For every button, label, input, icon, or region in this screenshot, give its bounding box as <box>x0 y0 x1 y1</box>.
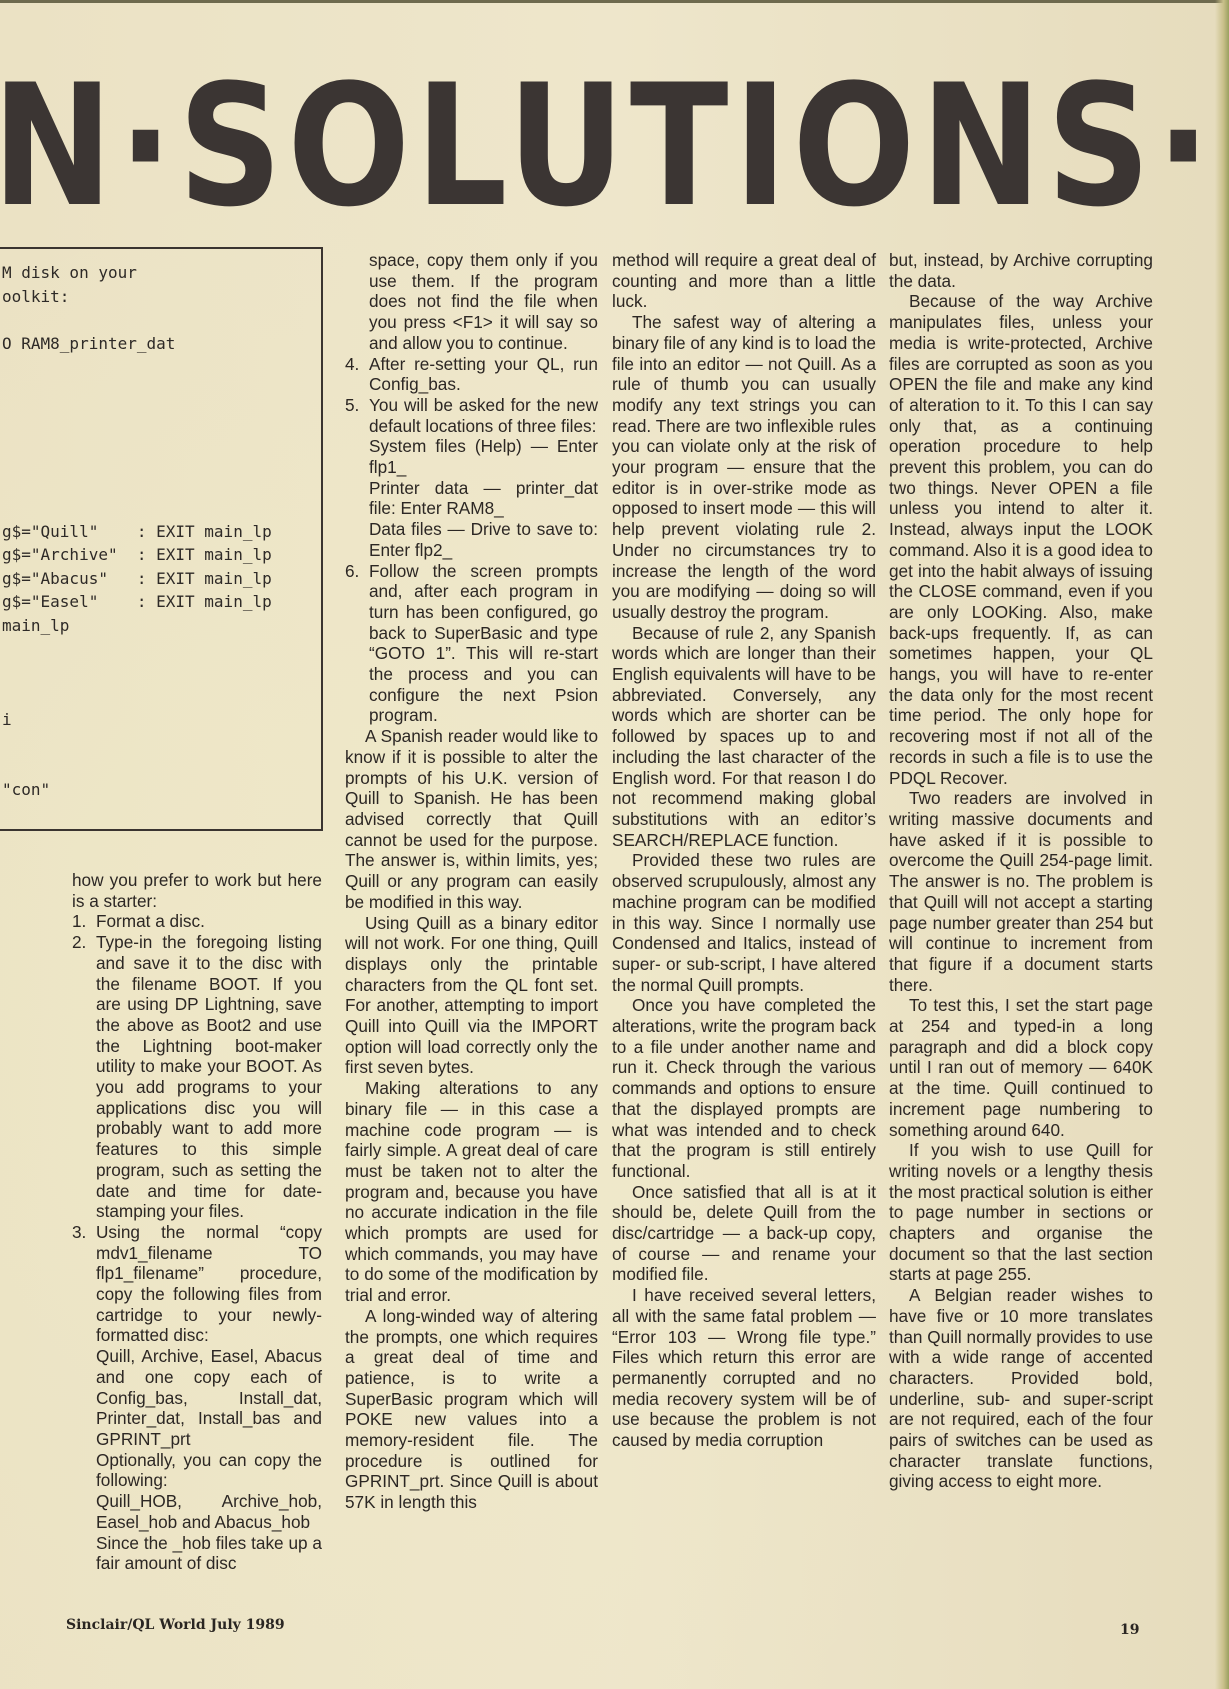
hob-note: Since the _hob files take up a fair amou… <box>96 1533 322 1574</box>
column-1: how you prefer to work but here is a sta… <box>72 870 322 1574</box>
paragraph: Two readers are involved in writing mass… <box>889 788 1153 995</box>
paragraph: To test this, I set the start page at 25… <box>889 995 1153 1140</box>
code-line: g$="Abacus" : EXIT main_lp <box>2 567 272 591</box>
list-item: 5.You will be asked for the new default … <box>345 395 598 436</box>
paragraph: Once satisfied that all is at it should … <box>612 1182 876 1286</box>
page-edge <box>1215 0 1229 1689</box>
paragraph: Once you have completed the alterations,… <box>612 995 876 1181</box>
code-line: g$="Easel" : EXIT main_lp <box>2 590 272 614</box>
list-item: 4.After re-setting your QL, run Config_b… <box>345 354 598 395</box>
location-system: System files (Help) — Enter flp1_ <box>369 436 598 477</box>
section-headline: N·SOLUTIONS· <box>0 76 1058 216</box>
code-line: oolkit: <box>2 285 69 309</box>
paragraph: I have received several letters, all wit… <box>612 1285 876 1451</box>
list-item: 6.Follow the screen prompts and, after e… <box>345 561 598 727</box>
column-2: space, copy them only if you use them. I… <box>345 250 598 1513</box>
location-printer: Printer data — printer_dat file: Enter R… <box>369 478 598 519</box>
file-list: Quill, Archive, Easel, Abacus and one co… <box>96 1346 322 1450</box>
list-item: 1.Format a disc. <box>72 911 322 932</box>
code-line: i <box>2 708 12 732</box>
code-listing-box: M disk on youroolkit:O RAM8_printer_datg… <box>0 247 323 831</box>
paragraph: If you wish to use Quill for writing nov… <box>889 1140 1153 1285</box>
top-rule <box>0 0 1229 3</box>
column-3: method will require a great deal of coun… <box>612 250 876 1451</box>
optional-note: Optionally, you can copy the following: <box>96 1450 322 1491</box>
col4-continuation: but, instead, by Archive corrupting the … <box>889 250 1153 291</box>
col2-continuation: space, copy them only if you use them. I… <box>369 250 598 354</box>
paragraph: Using Quill as a binary editor will not … <box>345 913 598 1079</box>
code-line: g$="Archive" : EXIT main_lp <box>2 543 272 567</box>
code-line: "con" <box>2 778 50 802</box>
code-line: g$="Quill" : EXIT main_lp <box>2 520 272 544</box>
paragraph: The safest way of altering a binary file… <box>612 312 876 623</box>
paragraph: Making alterations to any binary file — … <box>345 1078 598 1306</box>
col3-continuation: method will require a great deal of coun… <box>612 250 876 312</box>
location-data: Data files — Drive to save to: Enter flp… <box>369 519 598 560</box>
footer-page-number: 19 <box>1120 1622 1139 1638</box>
code-line: main_lp <box>2 614 69 638</box>
paragraph: A long-winded way of altering the prompt… <box>345 1306 598 1513</box>
col1-intro: how you prefer to work but here is a sta… <box>72 870 322 911</box>
paragraph: Provided these two rules are observed sc… <box>612 850 876 995</box>
list-item: 2.Type-in the foregoing listing and save… <box>72 932 322 1222</box>
code-line: M disk on your <box>2 261 137 285</box>
paragraph: A Spanish reader would like to know if i… <box>345 726 598 912</box>
paragraph: A Belgian reader wishes to have five or … <box>889 1285 1153 1492</box>
column-4: but, instead, by Archive corrupting the … <box>889 250 1153 1492</box>
optional-file-list: Quill_HOB, Archive_hob, Easel_hob and Ab… <box>96 1491 322 1532</box>
footer-magazine-title: Sinclair/QL World July 1989 <box>66 1617 285 1633</box>
paragraph: Because of the way Archive manipulates f… <box>889 291 1153 788</box>
list-item: 3.Using the normal “copy mdv1_filename T… <box>72 1222 322 1346</box>
paragraph: Because of rule 2, any Spanish words whi… <box>612 623 876 851</box>
code-line: O RAM8_printer_dat <box>2 332 175 356</box>
